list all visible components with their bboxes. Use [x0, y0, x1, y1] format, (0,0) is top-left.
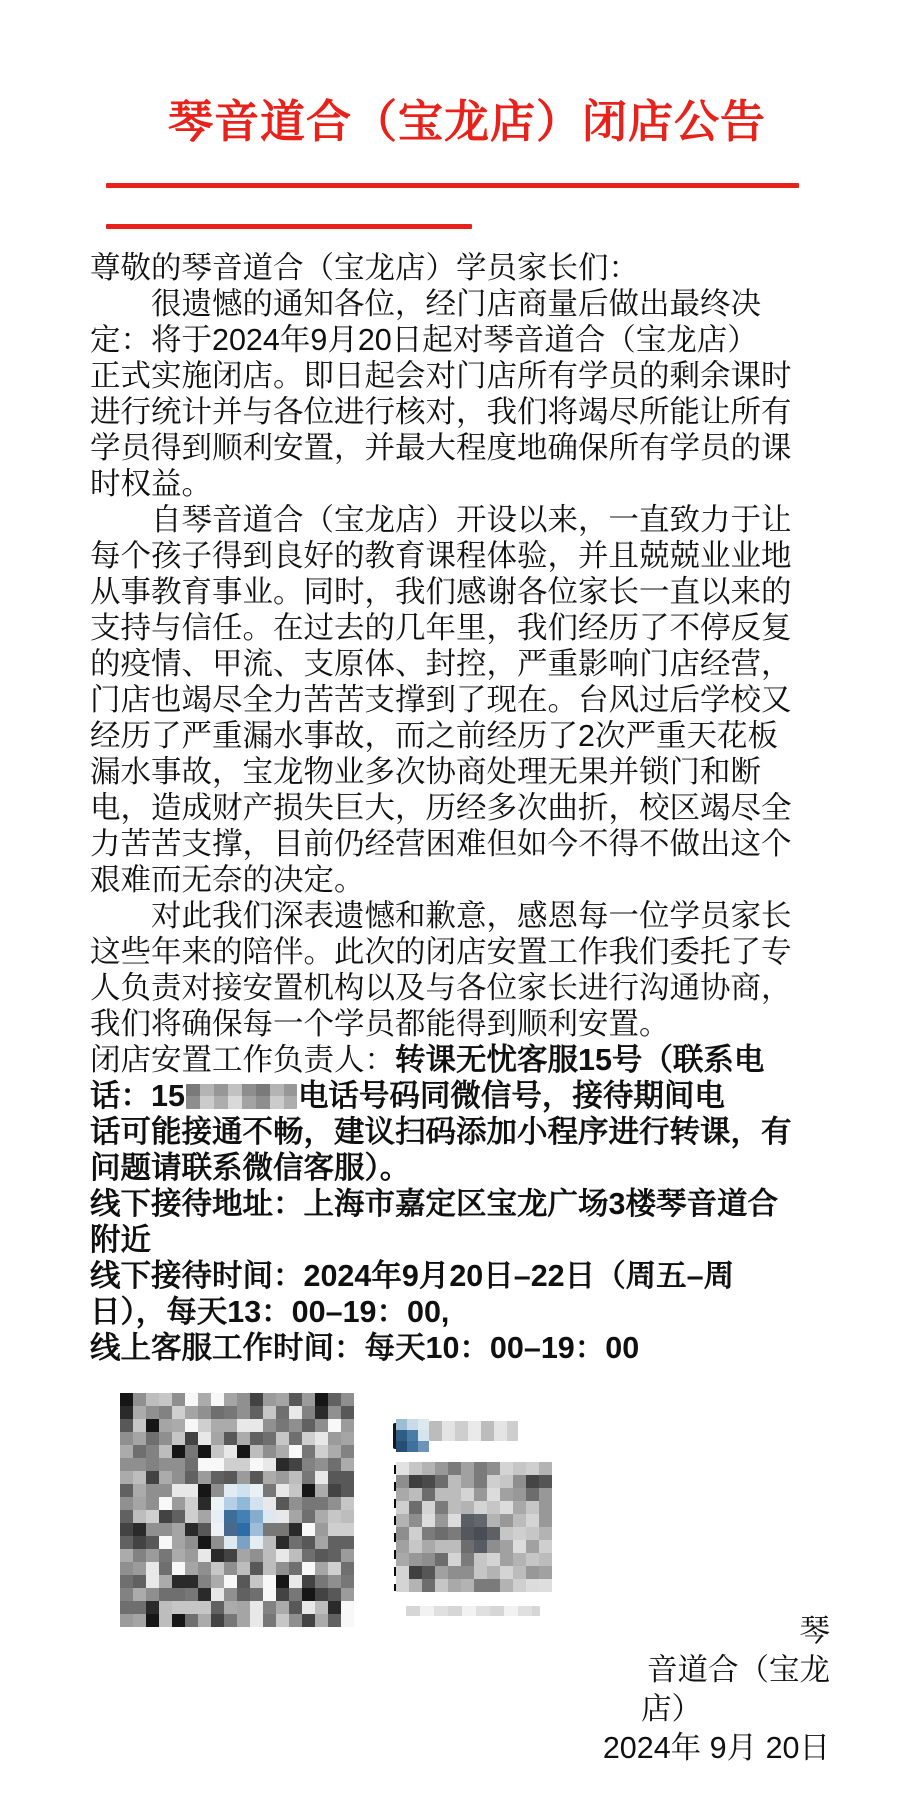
pixel-cell	[328, 1419, 341, 1432]
pixel-cell	[185, 1484, 198, 1497]
pixel-cell	[263, 1575, 276, 1588]
text-line: 线下接待地址：上海市嘉定区宝龙广场3楼琴音道合	[90, 1186, 834, 1222]
pixel-cell	[250, 1549, 263, 1562]
pixel-cell	[211, 1575, 224, 1588]
pixel-cell	[289, 1393, 302, 1406]
pixel-cell	[302, 1471, 315, 1484]
pixel-cell	[422, 1501, 435, 1514]
pixel-cell	[276, 1614, 289, 1627]
text-line: 问题请联系微信客服）。	[90, 1150, 834, 1186]
paragraph-offline-address: 线下接待地址：上海市嘉定区宝龙广场3楼琴音道合附近	[90, 1186, 834, 1258]
pixel-cell	[224, 1536, 237, 1549]
pixel-cell	[146, 1419, 159, 1432]
pixel-cell	[500, 1553, 513, 1566]
pixel-cell	[422, 1488, 435, 1501]
pixel-cell	[185, 1588, 198, 1601]
pixel-cell	[276, 1458, 289, 1471]
pixel-cell	[224, 1510, 237, 1523]
pixel-cell	[276, 1393, 289, 1406]
text-line: 定：将于2024年9月20日起对琴音道合（宝龙店）	[90, 322, 834, 358]
pixel-cell	[409, 1553, 422, 1566]
pixel-cell	[198, 1484, 211, 1497]
pixel-cell	[224, 1523, 237, 1536]
pixel-cell	[409, 1540, 422, 1553]
pixel-cell	[526, 1566, 539, 1579]
pixel-cell	[328, 1549, 341, 1562]
pixel-cell	[263, 1601, 276, 1614]
pixel-cell	[341, 1536, 354, 1549]
pixel-cell	[224, 1458, 237, 1471]
pixel-cell	[500, 1540, 513, 1553]
pixel-cell	[159, 1575, 172, 1588]
pixel-cell	[198, 1458, 211, 1471]
pixel-cell	[328, 1588, 341, 1601]
qr-right-caption-bar-blurred	[406, 1606, 540, 1616]
pixel-cell	[461, 1488, 474, 1501]
pixel-cell	[315, 1510, 328, 1523]
pixel-cell	[341, 1523, 354, 1536]
pixel-cell	[172, 1445, 185, 1458]
pixel-cell	[448, 1501, 461, 1514]
pixel-cell	[146, 1393, 159, 1406]
pixel-cell	[487, 1488, 500, 1501]
text-line-phone: 话：15电话号码同微信号，接待期间电	[90, 1078, 834, 1114]
pixel-cell	[328, 1536, 341, 1549]
pixel-cell	[159, 1445, 172, 1458]
pixel-cell	[302, 1536, 315, 1549]
pixel-cell	[513, 1579, 526, 1592]
pixel-cell	[237, 1549, 250, 1562]
pixel-cell	[159, 1562, 172, 1575]
text-line: 进行统计并与各位进行核对，我们将竭尽所能让所有	[90, 394, 834, 430]
pixel-cell	[435, 1527, 448, 1540]
pixel-cell	[263, 1445, 276, 1458]
pixel-cell	[133, 1458, 146, 1471]
pixel-cell	[315, 1419, 328, 1432]
pixel-cell	[185, 1445, 198, 1458]
pixel-cell	[237, 1588, 250, 1601]
pixel-cell	[407, 1419, 418, 1430]
pixel-cell	[120, 1588, 133, 1601]
pixel-cell	[133, 1601, 146, 1614]
pixel-cell	[276, 1536, 289, 1549]
red-underline-top	[106, 183, 799, 188]
pixel-cell	[289, 1497, 302, 1510]
pixel-cell	[328, 1471, 341, 1484]
pixel-cell	[341, 1510, 354, 1523]
pixel-cell	[396, 1501, 409, 1514]
pixel-cell	[328, 1432, 341, 1445]
phone-prefix: 话：15	[90, 1079, 185, 1113]
pixel-cell	[146, 1523, 159, 1536]
pixel-cell	[185, 1536, 198, 1549]
pixel-cell	[315, 1445, 328, 1458]
text-line: 经历了严重漏水事故，而之前经历了2次严重天花板	[90, 718, 834, 754]
paragraph-offline-hours: 线下接待时间：2024年9月20日–22日（周五–周日），每天13：00–19：…	[90, 1258, 834, 1330]
pixel-cell	[302, 1601, 315, 1614]
pixel-cell	[448, 1540, 461, 1553]
paragraph-decision: 很遗憾的通知各位，经门店商量后做出最终决定：将于2024年9月20日起对琴音道合…	[90, 286, 834, 502]
pixel-cell	[487, 1527, 500, 1540]
pixel-cell	[185, 1523, 198, 1536]
pixel-cell	[539, 1462, 552, 1475]
pixel-cell	[250, 1458, 263, 1471]
pixel-cell	[328, 1562, 341, 1575]
pixel-cell	[302, 1549, 315, 1562]
pixel-cell	[289, 1523, 302, 1536]
pixel-cell	[159, 1393, 172, 1406]
pixel-cell	[237, 1497, 250, 1510]
pixel-cell	[263, 1419, 276, 1432]
pixel-cell	[500, 1475, 513, 1488]
pixel-cell	[133, 1614, 146, 1627]
pixel-cell	[407, 1441, 418, 1452]
pixel-cell	[120, 1445, 133, 1458]
pixel-cell	[448, 1514, 461, 1527]
pixel-cell	[172, 1471, 185, 1484]
pixel-cell	[250, 1510, 263, 1523]
pixel-cell	[250, 1484, 263, 1497]
pixel-cell	[185, 1497, 198, 1510]
pixel-cell	[133, 1419, 146, 1432]
pixel-cell	[474, 1488, 487, 1501]
pixel-cell	[341, 1614, 354, 1627]
pixel-cell	[198, 1393, 211, 1406]
pixel-cell	[435, 1488, 448, 1501]
pixel-cell	[409, 1501, 422, 1514]
qr-code-pixelated-left	[120, 1393, 354, 1627]
pixel-cell	[146, 1588, 159, 1601]
pixel-cell	[422, 1553, 435, 1566]
contact-label: 闭店安置工作负责人：	[90, 1043, 395, 1077]
pixel-cell	[315, 1614, 328, 1627]
pixel-cell	[328, 1510, 341, 1523]
pixel-cell	[302, 1523, 315, 1536]
pixel-cell	[185, 1575, 198, 1588]
pixel-cell	[237, 1393, 250, 1406]
pixel-cell	[198, 1497, 211, 1510]
pixel-cell	[315, 1458, 328, 1471]
pixel-cell	[474, 1579, 487, 1592]
pixel-cell	[302, 1458, 315, 1471]
pixel-cell	[133, 1536, 146, 1549]
pixel-cell	[461, 1579, 474, 1592]
pixel-cell	[133, 1484, 146, 1497]
pixel-cell	[539, 1553, 552, 1566]
pixel-cell	[159, 1536, 172, 1549]
pixel-cell	[263, 1497, 276, 1510]
pixel-cell	[172, 1588, 185, 1601]
pixel-cell	[250, 1588, 263, 1601]
pixel-cell	[224, 1549, 237, 1562]
pixel-cell	[250, 1497, 263, 1510]
pixel-cell	[250, 1575, 263, 1588]
pixel-cell	[526, 1527, 539, 1540]
pixel-cell	[250, 1419, 263, 1432]
pixel-cell	[185, 1419, 198, 1432]
pixel-cell	[461, 1527, 474, 1540]
pixel-cell	[146, 1575, 159, 1588]
pixel-cell	[146, 1445, 159, 1458]
pixel-cell	[487, 1553, 500, 1566]
pixel-cell	[435, 1540, 448, 1553]
pixel-cell	[120, 1432, 133, 1445]
pixel-cell	[500, 1527, 513, 1540]
pixel-cell	[328, 1406, 341, 1419]
text-line: 电，造成财产损失巨大，历经多次曲折，校区竭尽全	[90, 790, 834, 826]
pixel-cell	[120, 1510, 133, 1523]
pixel-cell	[211, 1458, 224, 1471]
contact-agent-name: 转课无忧客服15号（联系电	[395, 1043, 764, 1077]
announcement-body: 尊敬的琴音道合（宝龙店）学员家长们： 很遗憾的通知各位，经门店商量后做出最终决定…	[90, 250, 834, 1366]
pixel-cell	[237, 1458, 250, 1471]
pixel-cell	[146, 1484, 159, 1497]
pixel-cell	[302, 1510, 315, 1523]
pixel-cell	[513, 1540, 526, 1553]
page-title: 琴音道合（宝龙店）闭店公告	[0, 94, 900, 150]
pixel-cell	[211, 1445, 224, 1458]
pixel-cell	[409, 1579, 422, 1592]
pixel-cell	[159, 1601, 172, 1614]
pixel-cell	[172, 1562, 185, 1575]
pixel-cell	[315, 1406, 328, 1419]
mini-program-title-bar-blurred	[429, 1421, 518, 1441]
pixel-cell	[185, 1601, 198, 1614]
pixel-cell	[315, 1497, 328, 1510]
pixel-cell	[185, 1549, 198, 1562]
pixel-cell	[250, 1445, 263, 1458]
pixel-cell	[435, 1475, 448, 1488]
pixel-cell	[224, 1484, 237, 1497]
pixel-cell	[211, 1406, 224, 1419]
pixel-cell	[513, 1553, 526, 1566]
pixel-cell	[539, 1540, 552, 1553]
pixel-cell	[500, 1488, 513, 1501]
pixel-cell	[172, 1419, 185, 1432]
pixel-cell	[198, 1562, 211, 1575]
text-line: 附近	[90, 1222, 834, 1258]
pixel-cell	[302, 1406, 315, 1419]
pixel-cell	[211, 1471, 224, 1484]
pixel-cell	[289, 1445, 302, 1458]
pixel-cell	[315, 1523, 328, 1536]
pixel-cell	[159, 1510, 172, 1523]
pixel-cell	[396, 1527, 409, 1540]
pixel-cell	[487, 1540, 500, 1553]
pixel-cell	[172, 1510, 185, 1523]
pixel-cell	[289, 1471, 302, 1484]
pixel-cell	[263, 1562, 276, 1575]
salutation: 尊敬的琴音道合（宝龙店）学员家长们：	[90, 250, 834, 286]
pixel-cell	[500, 1514, 513, 1527]
pixel-cell	[198, 1419, 211, 1432]
phone-suffix: 电话号码同微信号，接待期间电	[298, 1079, 725, 1113]
pixel-cell	[500, 1501, 513, 1514]
pixel-cell	[409, 1475, 422, 1488]
pixel-cell	[513, 1566, 526, 1579]
pixel-cell	[474, 1566, 487, 1579]
pixel-cell	[315, 1549, 328, 1562]
pixel-cell	[289, 1588, 302, 1601]
signature-line-1: 琴	[560, 1612, 830, 1651]
pixel-cell	[211, 1549, 224, 1562]
pixel-cell	[120, 1458, 133, 1471]
pixel-cell	[276, 1471, 289, 1484]
pixel-cell	[487, 1566, 500, 1579]
pixel-cell	[276, 1510, 289, 1523]
signature-date: 2024年 9月 20日	[560, 1729, 830, 1768]
pixel-cell	[539, 1501, 552, 1514]
signature-line-3: 店）	[560, 1690, 830, 1729]
pixel-cell	[539, 1579, 552, 1592]
pixel-cell	[341, 1497, 354, 1510]
pixel-cell	[263, 1393, 276, 1406]
pixel-cell	[341, 1588, 354, 1601]
pixel-cell	[328, 1445, 341, 1458]
pixel-cell	[461, 1462, 474, 1475]
pixel-cell	[409, 1462, 422, 1475]
pixel-cell	[250, 1614, 263, 1627]
pixel-cell	[474, 1540, 487, 1553]
pixel-cell	[120, 1549, 133, 1562]
pixel-cell	[263, 1614, 276, 1627]
pixel-cell	[461, 1514, 474, 1527]
pixel-cell	[198, 1432, 211, 1445]
pixel-cell	[185, 1510, 198, 1523]
pixel-cell	[315, 1432, 328, 1445]
pixel-cell	[159, 1484, 172, 1497]
pixel-cell	[159, 1458, 172, 1471]
pixel-cell	[263, 1471, 276, 1484]
pixel-cell	[461, 1566, 474, 1579]
pixel-cell	[328, 1484, 341, 1497]
pixel-cell	[422, 1475, 435, 1488]
signature-line-2: 音道合（宝龙	[560, 1651, 830, 1690]
pixel-cell	[133, 1562, 146, 1575]
pixel-cell	[487, 1514, 500, 1527]
pixel-cell	[224, 1406, 237, 1419]
pixel-cell	[120, 1419, 133, 1432]
pixel-cell	[198, 1549, 211, 1562]
pixel-cell	[172, 1536, 185, 1549]
pixel-cell	[302, 1484, 315, 1497]
pixel-cell	[328, 1497, 341, 1510]
pixel-cell	[185, 1614, 198, 1627]
pixel-cell	[513, 1475, 526, 1488]
pixel-cell	[224, 1562, 237, 1575]
pixel-cell	[120, 1536, 133, 1549]
text-line: 自琴音道合（宝龙店）开设以来，一直致力于让	[90, 502, 834, 538]
pixel-cell	[396, 1488, 409, 1501]
redacted-phone-number	[186, 1084, 297, 1109]
pixel-cell	[526, 1553, 539, 1566]
pixel-cell	[474, 1462, 487, 1475]
pixel-cell	[526, 1579, 539, 1592]
pixel-cell	[396, 1553, 409, 1566]
pixel-cell	[289, 1614, 302, 1627]
pixel-cell	[146, 1510, 159, 1523]
pixel-cell	[237, 1406, 250, 1419]
pixel-cell	[302, 1614, 315, 1627]
pixel-cell	[133, 1549, 146, 1562]
pixel-cell	[250, 1432, 263, 1445]
pixel-cell	[289, 1406, 302, 1419]
pixel-cell	[185, 1406, 198, 1419]
pixel-cell	[120, 1393, 133, 1406]
pixel-cell	[276, 1549, 289, 1562]
pixel-cell	[263, 1549, 276, 1562]
pixel-cell	[448, 1488, 461, 1501]
pixel-cell	[224, 1445, 237, 1458]
text-line: 艰难而无奈的决定。	[90, 862, 834, 898]
pixel-cell	[263, 1588, 276, 1601]
pixel-cell	[250, 1601, 263, 1614]
pixel-cell	[276, 1432, 289, 1445]
text-line: 门店也竭尽全力苦苦支撑到了现在。台风过后学校又	[90, 682, 834, 718]
pixel-cell	[263, 1432, 276, 1445]
pixel-cell	[474, 1475, 487, 1488]
pixel-cell	[328, 1614, 341, 1627]
pixel-cell	[328, 1393, 341, 1406]
pixel-cell	[276, 1445, 289, 1458]
pixel-cell	[435, 1501, 448, 1514]
paragraph-contact: 闭店安置工作负责人：转课无忧客服15号（联系电 话：15电话号码同微信号，接待期…	[90, 1042, 834, 1186]
text-line: 正式实施闭店。即日起会对门店所有学员的剩余课时	[90, 358, 834, 394]
pixel-cell	[198, 1471, 211, 1484]
pixel-cell	[263, 1484, 276, 1497]
pixel-cell	[211, 1588, 224, 1601]
pixel-cell	[146, 1432, 159, 1445]
pixel-cell	[539, 1566, 552, 1579]
pixel-cell	[409, 1488, 422, 1501]
pixel-cell	[172, 1549, 185, 1562]
pixel-cell	[211, 1601, 224, 1614]
pixel-cell	[250, 1523, 263, 1536]
pixel-cell	[289, 1575, 302, 1588]
text-line: 支持与信任。在过去的几年里，我们经历了不停反复	[90, 610, 834, 646]
pixel-cell	[211, 1432, 224, 1445]
text-line: 每个孩子得到良好的教育课程体验，并且兢兢业业地	[90, 538, 834, 574]
pixel-cell	[396, 1540, 409, 1553]
pixel-cell	[224, 1588, 237, 1601]
pixel-cell	[341, 1601, 354, 1614]
pixel-cell	[211, 1523, 224, 1536]
pixel-cell	[407, 1430, 418, 1441]
pixel-cell	[211, 1562, 224, 1575]
pixel-cell	[328, 1523, 341, 1536]
pixel-cell	[250, 1471, 263, 1484]
pixel-cell	[211, 1484, 224, 1497]
pixel-cell	[211, 1497, 224, 1510]
pixel-cell	[341, 1562, 354, 1575]
pixel-cell	[198, 1601, 211, 1614]
pixel-cell	[172, 1432, 185, 1445]
pixel-cell	[461, 1475, 474, 1488]
pixel-cell	[146, 1562, 159, 1575]
pixel-cell	[224, 1393, 237, 1406]
pixel-cell	[513, 1462, 526, 1475]
pixel-cell	[302, 1393, 315, 1406]
pixel-cell	[276, 1419, 289, 1432]
pixel-cell	[159, 1432, 172, 1445]
signature-block: 琴 音道合（宝龙 店） 2024年 9月 20日	[560, 1612, 830, 1768]
pixel-cell	[198, 1575, 211, 1588]
pixel-cell	[526, 1488, 539, 1501]
pixel-cell	[237, 1562, 250, 1575]
pixel-cell	[341, 1549, 354, 1562]
pixel-cell	[133, 1575, 146, 1588]
pixel-cell	[302, 1419, 315, 1432]
